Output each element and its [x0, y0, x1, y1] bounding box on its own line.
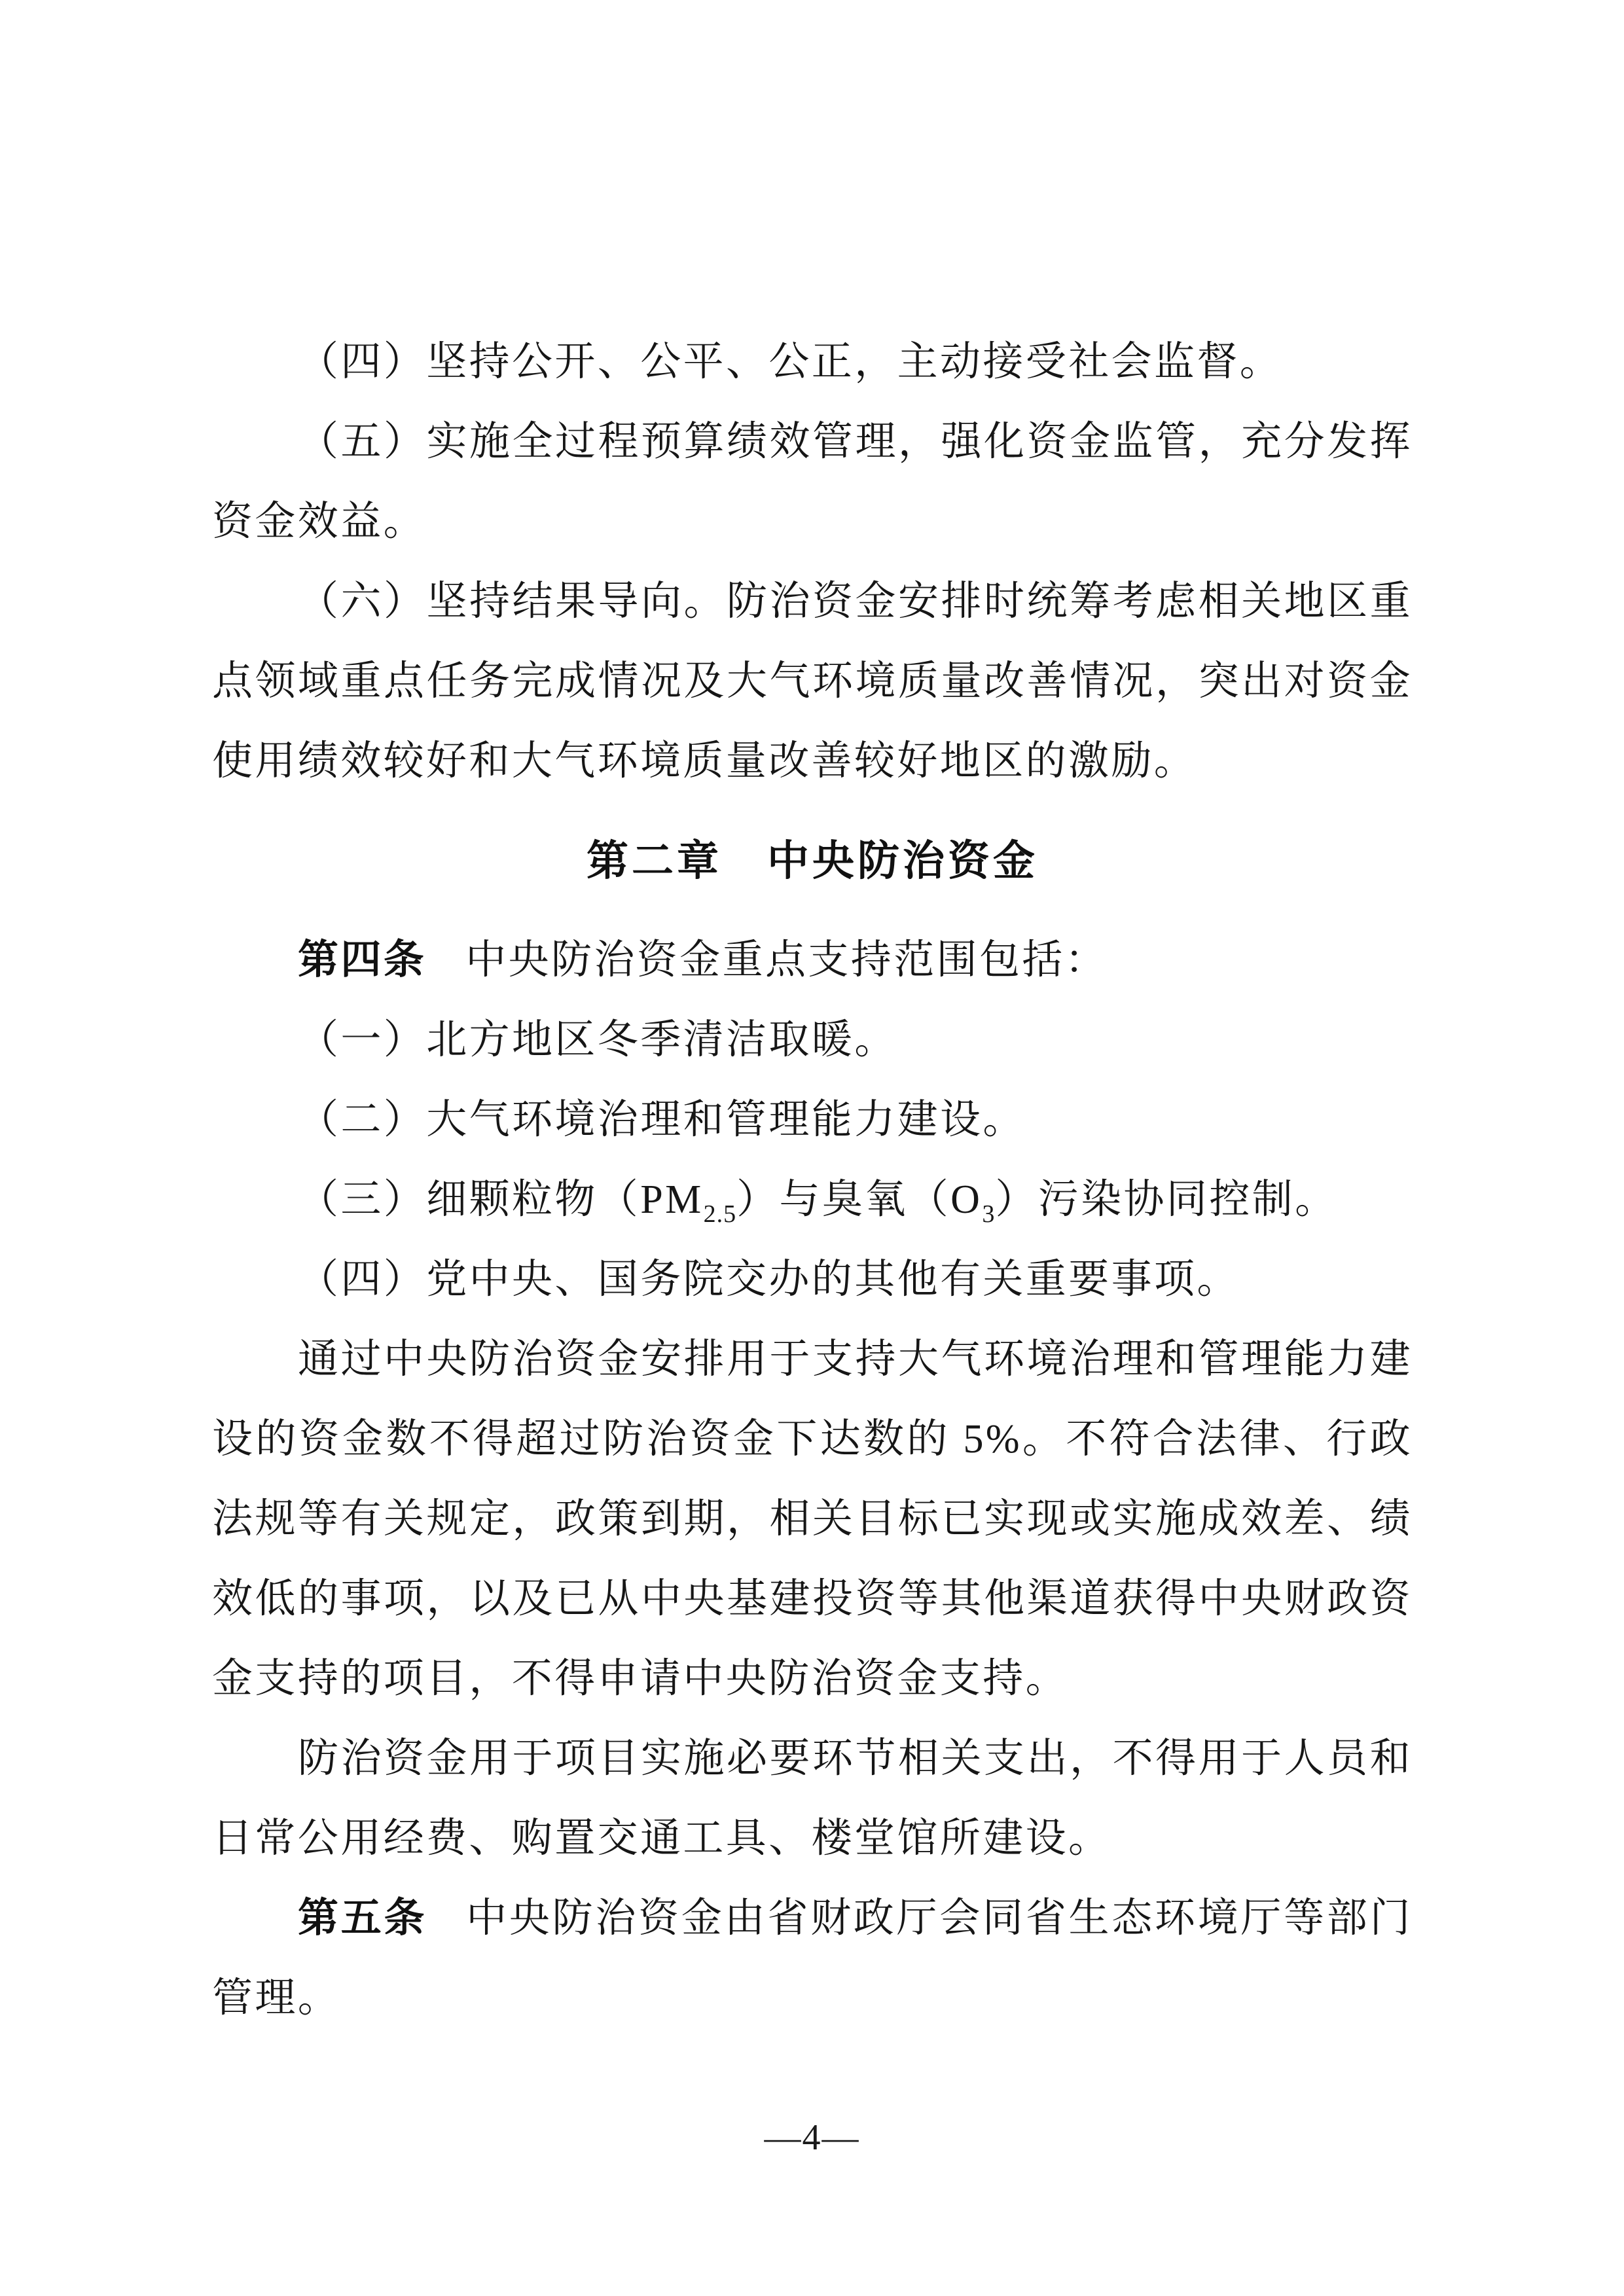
document-page: （四）坚持公开、公平、公正，主动接受社会监督。 （五）实施全过程预算绩效管理，强… — [0, 0, 1624, 2296]
paragraph-principle-4: （四）坚持公开、公平、公正，主动接受社会监督。 — [212, 322, 1413, 402]
pm25-subscript: 2.5 — [704, 1200, 737, 1228]
paragraph-article-4-item-1: （一）北方地区冬季清洁取暖。 — [212, 1000, 1413, 1080]
paragraph-article-4-item-2: （二）大气环境治理和管理能力建设。 — [212, 1080, 1413, 1160]
page-number: —4— — [765, 2117, 860, 2158]
chapter-2-heading: 第二章 中央防治资金 — [212, 821, 1413, 901]
document-body: （四）坚持公开、公平、公正，主动接受社会监督。 （五）实施全过程预算绩效管理，强… — [212, 322, 1413, 2038]
page-footer: —4— — [0, 2098, 1624, 2178]
paragraph-funding-usage: 防治资金用于项目实施必要环节相关支出，不得用于人员和日常公用经费、购置交通工具、… — [212, 1719, 1413, 1878]
paragraph-article-4-item-4: （四）党中央、国务院交办的其他有关重要事项。 — [212, 1240, 1413, 1319]
item-3-text-mid: ）与臭氧（O — [736, 1177, 982, 1222]
item-3-text-pre: （三）细颗粒物（PM — [298, 1177, 704, 1222]
paragraph-principle-5: （五）实施全过程预算绩效管理，强化资金监管，充分发挥资金效益。 — [212, 402, 1413, 562]
article-4-label: 第四条 — [298, 937, 426, 982]
paragraph-article-5: 第五条中央防治资金由省财政厅会同省生态环境厅等部门管理。 — [212, 1878, 1413, 2038]
paragraph-principle-6: （六）坚持结果导向。防治资金安排时统筹考虑相关地区重点领域重点任务完成情况及大气… — [212, 562, 1413, 801]
article-4-intro: 中央防治资金重点支持范围包括： — [465, 938, 1108, 982]
o3-subscript: 3 — [982, 1200, 995, 1228]
paragraph-article-4-item-3: （三）细颗粒物（PM2.5）与臭氧（O3）污染协同控制。 — [212, 1160, 1413, 1240]
paragraph-article-4: 第四条中央防治资金重点支持范围包括： — [212, 920, 1413, 1000]
article-5-label: 第五条 — [298, 1895, 427, 1941]
paragraph-funding-limit: 通过中央防治资金安排用于支持大气环境治理和管理能力建设的资金数不得超过防治资金下… — [212, 1319, 1413, 1719]
item-3-text-post: ）污染协同控制。 — [995, 1177, 1337, 1222]
